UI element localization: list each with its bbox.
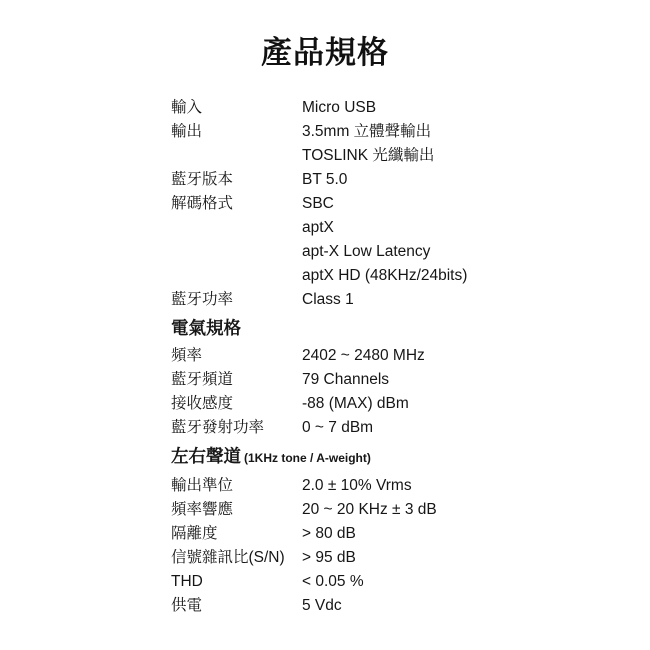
spec-value-line: TOSLINK 光纖輸出 [302,144,501,168]
spec-value-line: BT 5.0 [302,168,501,192]
section-header-text: 電氣規格 [171,318,241,338]
spec-row-bt-channels: 藍牙頻道 79 Channels [171,368,501,392]
page-title: 產品規格 [0,27,650,72]
spec-row-isolation: 隔離度 > 80 dB [171,522,501,546]
spec-value-line: 5 Vdc [302,594,501,618]
spec-value-line: 2402 ~ 2480 MHz [302,344,501,368]
spec-value-line: Class 1 [302,288,501,312]
section-header: 左右聲道(1KHz tone / A-weight) [171,444,501,470]
spec-value-line: > 80 dB [302,522,501,546]
spec-row-frequency: 頻率 2402 ~ 2480 MHz [171,344,501,368]
spec-label: 藍牙版本 [171,168,302,192]
spec-value-line: -88 (MAX) dBm [302,392,501,416]
spec-value-line: 3.5mm 立體聲輸出 [302,120,501,144]
spec-label: 輸出準位 [171,474,302,498]
spec-section-general: 輸入 Micro USB 輸出 3.5mm 立體聲輸出 TOSLINK 光纖輸出… [171,96,501,312]
spec-label: 隔離度 [171,522,302,546]
spec-label: 供電 [171,594,302,618]
spec-value-line: > 95 dB [302,546,501,570]
spec-row-supply: 供電 5 Vdc [171,594,501,618]
spec-value: 3.5mm 立體聲輸出 TOSLINK 光纖輸出 [302,120,501,168]
spec-label: 藍牙發射功率 [171,416,302,440]
spec-value-line: 20 ~ 20 KHz ± 3 dB [302,498,501,522]
spec-label: 藍牙頻道 [171,368,302,392]
spec-value: -88 (MAX) dBm [302,392,501,416]
spec-row-snr: 信號雜訊比(S/N) > 95 dB [171,546,501,570]
spec-value-line: SBC [302,192,501,216]
spec-value-line: < 0.05 % [302,570,501,594]
spec-row-input: 輸入 Micro USB [171,96,501,120]
spec-value-line: 2.0 ± 10% Vrms [302,474,501,498]
spec-value-line: aptX [302,216,501,240]
spec-row-freq-response: 頻率響應 20 ~ 20 KHz ± 3 dB [171,498,501,522]
spec-row-codec: 解碼格式 SBC aptX apt-X Low Latency aptX HD … [171,192,501,288]
spec-label: 解碼格式 [171,192,302,288]
spec-value: 5 Vdc [302,594,501,618]
spec-label: 藍牙功率 [171,288,302,312]
spec-table: 輸入 Micro USB 輸出 3.5mm 立體聲輸出 TOSLINK 光纖輸出… [171,96,501,618]
section-header-text: 左右聲道 [171,446,241,466]
spec-section-electrical: 電氣規格 頻率 2402 ~ 2480 MHz 藍牙頻道 79 Channels… [171,316,501,440]
section-header: 電氣規格 [171,316,501,340]
spec-value-line: 0 ~ 7 dBm [302,416,501,440]
spec-value: 2402 ~ 2480 MHz [302,344,501,368]
spec-row-bt-version: 藍牙版本 BT 5.0 [171,168,501,192]
spec-value: < 0.05 % [302,570,501,594]
spec-value: BT 5.0 [302,168,501,192]
spec-value: 20 ~ 20 KHz ± 3 dB [302,498,501,522]
spec-label: 接收感度 [171,392,302,416]
spec-label: THD [171,570,302,594]
spec-row-output: 輸出 3.5mm 立體聲輸出 TOSLINK 光纖輸出 [171,120,501,168]
spec-value: 79 Channels [302,368,501,392]
spec-value-line: apt-X Low Latency [302,240,501,264]
spec-label: 輸出 [171,120,302,168]
spec-label: 輸入 [171,96,302,120]
spec-row-thd: THD < 0.05 % [171,570,501,594]
spec-label: 頻率 [171,344,302,368]
spec-value-line: 79 Channels [302,368,501,392]
spec-row-rx-sensitivity: 接收感度 -88 (MAX) dBm [171,392,501,416]
spec-value: SBC aptX apt-X Low Latency aptX HD (48KH… [302,192,501,288]
spec-label: 信號雜訊比(S/N) [171,546,302,570]
section-header-note: (1KHz tone / A-weight) [244,451,371,465]
spec-row-tx-power: 藍牙發射功率 0 ~ 7 dBm [171,416,501,440]
spec-value: > 80 dB [302,522,501,546]
spec-row-output-level: 輸出準位 2.0 ± 10% Vrms [171,474,501,498]
spec-label: 頻率響應 [171,498,302,522]
spec-value: 2.0 ± 10% Vrms [302,474,501,498]
spec-value: Micro USB [302,96,501,120]
spec-value: 0 ~ 7 dBm [302,416,501,440]
spec-value-line: Micro USB [302,96,501,120]
spec-value-line: aptX HD (48KHz/24bits) [302,264,501,288]
spec-value: Class 1 [302,288,501,312]
spec-value: > 95 dB [302,546,501,570]
spec-section-audio: 左右聲道(1KHz tone / A-weight) 輸出準位 2.0 ± 10… [171,444,501,618]
spec-row-bt-power-class: 藍牙功率 Class 1 [171,288,501,312]
